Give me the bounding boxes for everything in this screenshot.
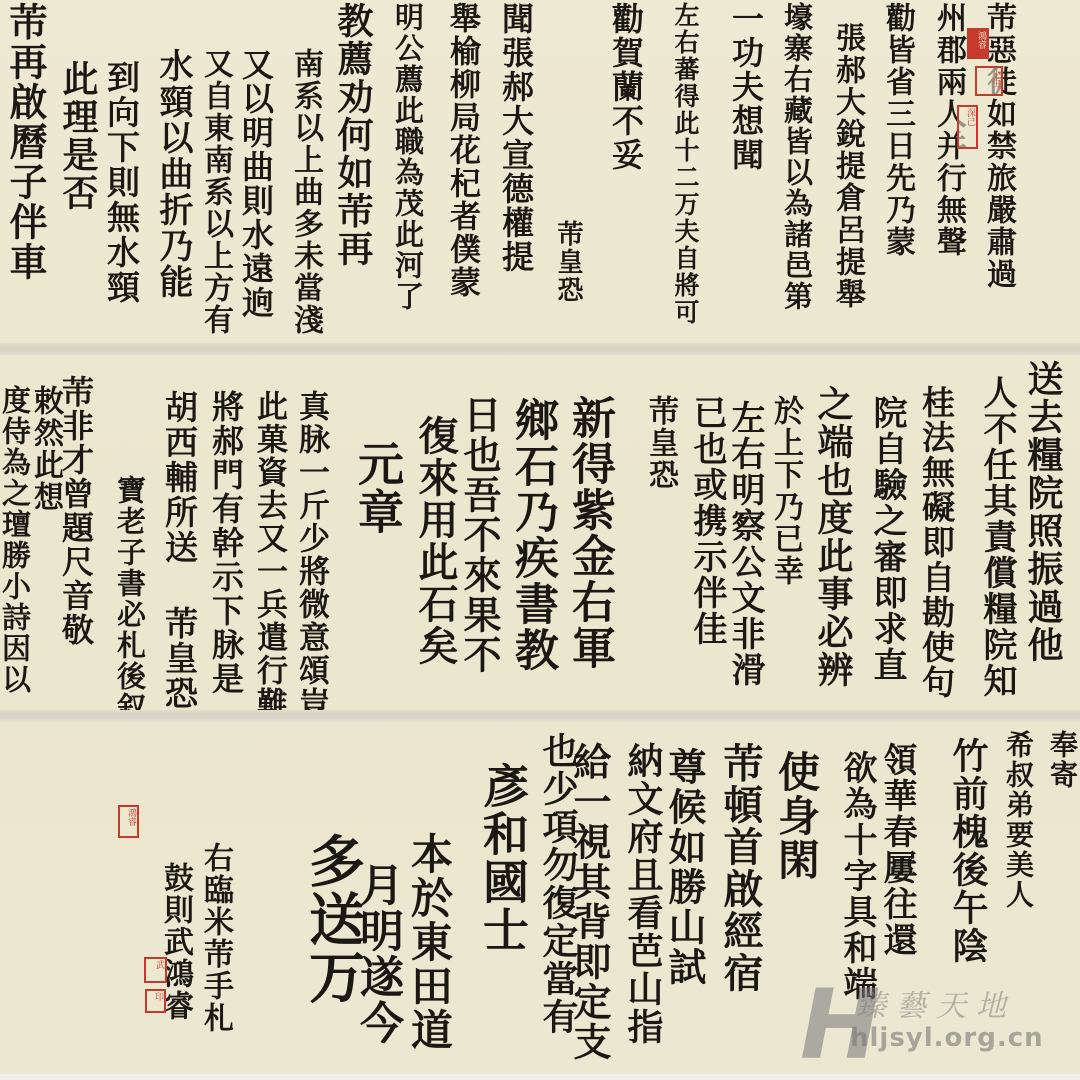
calligraphy-column: 芾皇恐 [645, 395, 675, 491]
calligraphy-column: 到向下則無水頸 [105, 60, 138, 305]
red-seal-stamp: 小生 [975, 66, 1003, 96]
calligraphy-column: 之端也度此事必辨 [815, 385, 851, 689]
calligraphy-column: 南系以上曲多未當淺 [290, 48, 320, 336]
calligraphy-column: 胡西輔所送 芾皇恐 [163, 390, 196, 710]
calligraphy-column: 水頸以曲折乃能 [156, 48, 190, 300]
red-seal-stamp: 鴻睿 [967, 28, 989, 59]
calligraphy-column: 此理是否 [60, 60, 96, 212]
calligraphy-column: 舉榆柳局花杞者僕蒙 [446, 2, 477, 299]
calligraphy-column: 復來用此石矣 [415, 415, 455, 667]
calligraphy-column: 彥和國士 [480, 762, 526, 954]
calligraphy-column: 敕然此想 [30, 385, 60, 513]
calligraphy-column: 壕寨右藏皆以為諸邑第 [782, 2, 811, 312]
calligraphy-column: 也少項勿復定當有 [540, 732, 576, 1036]
scroll-band-middle: 送去糧院照振過他人不任其責償糧院知桂法無礙即自勘使句院自驗之審即求直之端也度此事… [0, 355, 1080, 710]
calligraphy-column: 希叔弟要美人 [1004, 730, 1032, 910]
calligraphy-scroll: 芾惡徒如禁旅嚴肅過州郡兩人并行無聲勸皆省三日先乃蒙張郝大銳提倉呂提舉壕寨右藏皆以… [0, 0, 1080, 1080]
calligraphy-column: 教薦劝何如芾再 [335, 2, 371, 268]
calligraphy-column: 左右蕃得此十二万夫自將可 [673, 2, 698, 326]
calligraphy-column: 真脉一斤少將微意頌豈 [295, 390, 326, 710]
calligraphy-column: 度侍為之璮勝小詩因以 [0, 385, 29, 695]
calligraphy-column: 納文府且看芭山指 [625, 742, 661, 1046]
calligraphy-column: 竹前槐後午陰 [950, 737, 986, 965]
calligraphy-column: 聞張郝大宣德權提 [500, 2, 532, 274]
calligraphy-column: 張郝大銳提倉呂提舉 [832, 22, 862, 310]
calligraphy-column: 送去糧院照振過他 [1025, 360, 1061, 664]
calligraphy-column: 使身閑 [775, 750, 817, 882]
calligraphy-column: 芾非才曾題尺音敬 [60, 375, 92, 647]
calligraphy-column: 芾皇恐 [555, 220, 581, 304]
calligraphy-column: 已也或携示伴佳 [690, 395, 724, 647]
calligraphy-column: 奉寄 [1048, 730, 1076, 790]
red-seal-stamp: 印 [145, 989, 166, 1013]
calligraphy-column: 元章 [355, 440, 401, 536]
calligraphy-column: 勸賀蘭不妥 [610, 2, 642, 172]
calligraphy-column: 院自驗之審即求直 [870, 395, 904, 683]
calligraphy-column: 又自東南系以上方有 [200, 48, 230, 336]
calligraphy-column: 芾頓首啟經宿 [720, 742, 760, 994]
red-seal-stamp: 鴻睿 [118, 805, 139, 838]
calligraphy-column: 此菓資去又一兵遣行難 [253, 390, 284, 710]
calligraphy-column: 領華春屢往還 [880, 742, 914, 958]
red-seal-stamp: 武 [144, 957, 167, 983]
calligraphy-column: 將郝門有幹示下脉是 [210, 390, 242, 696]
calligraphy-column: 左右明察公文非滑 [728, 400, 762, 688]
calligraphy-column: 又以明曲則水遠逈 [240, 48, 272, 320]
calligraphy-column: 欲為十字具和端 [840, 750, 874, 1002]
calligraphy-column: 明公薦此職為茂此河了 [393, 2, 422, 312]
calligraphy-column: 本於東田道 [408, 832, 450, 1052]
calligraphy-column: 桂法無礙即自勘使句 [920, 385, 953, 700]
calligraphy-column: 右臨米芾手札 [200, 842, 230, 1034]
calligraphy-column: 鄉石乃疾書教 [510, 397, 554, 673]
scroll-band-bottom: 奉寄希叔弟要美人竹前槐後午陰領華春屢往還欲為十字具和端使身閑芾頓首啟經宿尊候如勝… [0, 722, 1080, 1080]
calligraphy-column: 人不任其責償糧院知 [980, 375, 1014, 699]
calligraphy-column: 寶老子書必札後叙 [115, 475, 144, 710]
calligraphy-column: 新得紫金右軍 [567, 395, 611, 671]
band-seam [0, 343, 1080, 355]
calligraphy-column: 芾再啟曆子伴車 [6, 2, 44, 282]
calligraphy-column: 多送万 [305, 832, 361, 1006]
calligraphy-column: 日也吾不來果不 [460, 395, 498, 675]
red-seal-stamp: 深己 [957, 105, 978, 149]
calligraphy-column: 於上下乃已幸 [770, 395, 800, 587]
calligraphy-column: 勸皆省三日先乃蒙 [882, 2, 912, 258]
band-seam [0, 710, 1080, 722]
scroll-bottom-edge [0, 1074, 1080, 1080]
calligraphy-column: 一功夫想聞 [730, 2, 762, 172]
scroll-band-top: 芾惡徒如禁旅嚴肅過州郡兩人并行無聲勸皆省三日先乃蒙張郝大銳提倉呂提舉壕寨右藏皆以… [0, 0, 1080, 343]
calligraphy-column: 尊候如勝山試 [665, 747, 703, 987]
